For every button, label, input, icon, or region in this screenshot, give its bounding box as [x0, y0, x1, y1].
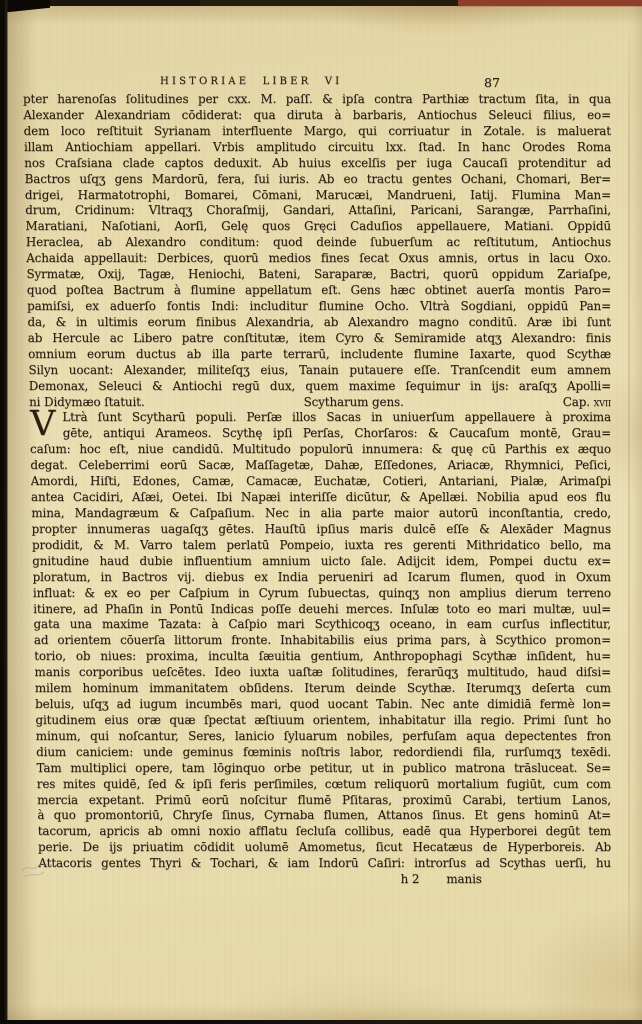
text-line-content: milem hominum immanitatem obſidens. Iter…: [35, 681, 611, 695]
chapter-title: Scytharum gens.: [304, 395, 404, 411]
text-line: tacorum, apricis ab omni noxio afflatu ſ…: [38, 824, 611, 840]
catchword: manis: [446, 872, 481, 886]
text-line: Silyn uocant: Alexander, militeſqʒ eius,…: [28, 363, 611, 379]
text-line-content: propter innumeras uagaſqʒ gētes. Hauſtū …: [32, 522, 611, 536]
text-line-content: quod poſtea Bactrum à flumine appellatum…: [27, 283, 611, 297]
page-number: 87: [484, 75, 500, 90]
text-line: Tam multiplici opere, tam lōginquo orbe …: [36, 761, 611, 777]
text-line-content: manis corporibus ueſcētes. Ideo iuxta ua…: [35, 665, 611, 679]
text-line: gata una maxime Tazata: à Caſpio mari Sc…: [34, 617, 611, 633]
text-line-content: caſum: hoc eſt, niue candidū. Multitudo …: [30, 442, 611, 456]
text-line-content: à quo promontoriū, Chryſe ſinus, Cyrnaba…: [37, 808, 611, 822]
text-line-content: dem loco reſtituit Syrianam interfluente…: [24, 124, 611, 138]
book-edge-red-stain: [458, 0, 642, 7]
text-line: propter innumeras uagaſqʒ gētes. Hauſtū …: [32, 522, 611, 538]
text-line: gēte, antiqui Arameos. Scythę ipſi Perſa…: [30, 426, 611, 442]
text-line-content: gitudinem eius oræ quæ ſpectat æſtiuum o…: [35, 713, 611, 727]
text-line: Demonax, Seleuci & Antiochi regū dux, qu…: [29, 379, 611, 395]
text-line: ploratum, in Bactros vij. diebus ex Indi…: [33, 570, 611, 586]
text-line: nos Craſsiana clade captos deduxit. Ab h…: [24, 156, 611, 172]
text-line-content: tacorum, apricis ab omni noxio afflatu ſ…: [38, 824, 611, 838]
signature-line: h 2manis: [39, 872, 611, 888]
text-line-content: mercia expetant. Primū eorū noſcitur flu…: [37, 793, 611, 807]
text-line: dium caniciem: unde geminus fœminis noſt…: [36, 745, 611, 761]
text-line: antea Cacidiri, Aſæi, Oetei. Ibi Napæi i…: [31, 490, 611, 506]
text-line: Maratiani, Naſotiani, Aorſi, Gelę quos G…: [26, 219, 611, 235]
text-line: 40gitudinem eius oræ quæ ſpectat æſtiuum…: [35, 713, 611, 729]
text-line-content: Tam multiplici opere, tam lōginquo orbe …: [36, 761, 611, 775]
text-line: manis corporibus ueſcētes. Ideo iuxta ua…: [35, 665, 611, 681]
text-line: illam Antiochiam appellari. Vrbis amplit…: [24, 140, 611, 156]
text-line-content: degat. Celeberrimi eorū Sacæ, Maſſagetæ,…: [30, 458, 611, 472]
text-line: drigei, Harmatotrophi, Bomarei, Cōmani, …: [25, 188, 611, 204]
signature-mark: h 2: [401, 872, 420, 886]
text-line-content: torio, ob niues: proxima, inculta ſæuiti…: [34, 649, 611, 663]
text-line-content: omnium eorum ductus ab illa parte terrar…: [28, 347, 611, 361]
text-line-content: Syrmatæ, Oxij, Tagæ, Heniochi, Bateni, S…: [27, 267, 611, 281]
text-line: ab Hercule ac Libero patre conſtitutæ, i…: [28, 331, 611, 347]
text-line: itinere, ad Phaſin in Pontū Indicas poſſ…: [33, 602, 611, 618]
text-line-content: res mites quidē, ſed & ipſi feris perſim…: [37, 777, 611, 791]
book-page-scan: HISTORIAE LIBER VI 87 V pter harenoſas ſ…: [0, 0, 642, 1024]
text-line-content: nos Craſsiana clade captos deduxit. Ab h…: [24, 156, 611, 170]
text-line: Achaida appellauit: Derbices, quorū medi…: [26, 251, 611, 267]
text-line: torio, ob niues: proxima, inculta ſæuiti…: [34, 649, 611, 665]
chapter-heading-line: 20ni Didymæo ſtatuit.Scytharum gens.Cap.…: [29, 395, 611, 411]
heading-left-text: ni Didymæo ſtatuit.: [29, 395, 144, 411]
chapter-roman-numeral: xvii: [594, 395, 611, 409]
text-line: dem loco reſtituit Syrianam interfluente…: [24, 124, 611, 140]
text-line: prodidit, & M. Varro talem perlatū Pompe…: [32, 538, 611, 554]
text-line: pter harenoſas ſolitudines per cxx. M. p…: [23, 92, 611, 108]
text-line-content: Silyn uocant: Alexander, militeſqʒ eius,…: [28, 363, 611, 377]
text-line-content: mina, Mandagræum & Caſpaſium. Nec in ali…: [31, 506, 611, 520]
text-line-content: gata una maxime Tazata: à Caſpio mari Sc…: [34, 617, 611, 631]
book-edge-left: [0, 0, 8, 1024]
text-line: perie. De ijs priuatim cōdidit uolumē Am…: [38, 840, 611, 856]
text-line: Alexander Alexandriam cōdiderat: qua dir…: [23, 108, 611, 124]
text-line-content: pamiſsi, ex aduerſo fontis Indi: includi…: [27, 299, 611, 313]
text-line: 30gnitudine haud dubie influentium amniu…: [32, 554, 611, 570]
text-line: Attacoris gentes Thyri & Tochari, & iam …: [38, 856, 611, 872]
text-line-content: Ltrà ſunt Scytharū populi. Perſæ illos S…: [62, 410, 611, 424]
text-line-content: drum, Cridinum: Vltraqʒ Choraſmij, Ganda…: [25, 203, 611, 217]
text-line-content: drigei, Harmatotrophi, Bomarei, Cōmani, …: [25, 188, 611, 202]
chapter-number: Cap. xvii: [563, 395, 611, 411]
text-line-content: Alexander Alexandriam cōdiderat: qua dir…: [23, 108, 611, 122]
text-line: da, & in ultimis eorum finibus Alexandri…: [27, 315, 611, 331]
text-line-content: Demonax, Seleuci & Antiochi regū dux, qu…: [29, 379, 611, 393]
text-line: ad orientem cōuerſa littorum fronte. Inh…: [34, 633, 611, 649]
text-line-content: Achaida appellauit: Derbices, quorū medi…: [26, 251, 611, 265]
text-line: drum, Cridinum: Vltraqʒ Choraſmij, Ganda…: [25, 203, 611, 219]
text-line: pamiſsi, ex aduerſo fontis Indi: includi…: [27, 299, 611, 315]
text-line-content: Bactros uſqʒ gens Mardorū, fera, ſui iur…: [25, 172, 611, 186]
text-line: caſum: hoc eſt, niue candidū. Multitudo …: [30, 442, 611, 458]
text-line-content: dium caniciem: unde geminus fœminis noſt…: [36, 745, 611, 759]
text-line-content: beluis, uſqʒ ad iugum incumbēs mari, quo…: [35, 697, 611, 711]
text-line: beluis, uſqʒ ad iugum incumbēs mari, quo…: [35, 697, 611, 713]
text-line-content: Heraclea, ab Alexandro conditum: quod de…: [26, 235, 611, 249]
handwritten-annotation: [20, 855, 72, 881]
page-fold-line: [628, 0, 630, 1024]
text-line: Amordi, Hiſti, Edones, Camæ, Camacæ, Euc…: [31, 474, 611, 490]
text-line: Bactros uſqʒ gens Mardorū, fera, ſui iur…: [25, 172, 611, 188]
text-line-content: minum, qui noſcantur, Seres, lanicio ſyl…: [36, 729, 611, 743]
text-line-content: illam Antiochiam appellari. Vrbis amplit…: [24, 140, 611, 154]
text-line-content: da, & in ultimis eorum finibus Alexandri…: [27, 315, 611, 329]
text-line-content: Attacoris gentes Thyri & Tochari, & iam …: [38, 856, 611, 870]
text-line-content: Maratiani, Naſotiani, Aorſi, Gelę quos G…: [26, 219, 611, 233]
text-line-content: perie. De ijs priuatim cōdidit uolumē Am…: [38, 840, 611, 854]
text-line: à quo promontoriū, Chryſe ſinus, Cyrnaba…: [37, 808, 611, 824]
text-line-content: Amordi, Hiſti, Edones, Camæ, Camacæ, Euc…: [31, 474, 611, 488]
text-line-content: pter harenoſas ſolitudines per cxx. M. p…: [23, 92, 611, 106]
text-line-content: gnitudine haud dubie influentium amnium …: [32, 554, 611, 568]
text-line-content: antea Cacidiri, Aſæi, Oetei. Ibi Napæi i…: [31, 490, 611, 504]
text-line-content: gēte, antiqui Arameos. Scythę ipſi Perſa…: [63, 426, 611, 440]
text-line: mercia expetant. Primū eorū noſcitur flu…: [37, 793, 611, 809]
text-line-content: ad orientem cōuerſa littorum fronte. Inh…: [34, 633, 611, 647]
text-line: minum, qui noſcantur, Seres, lanicio ſyl…: [36, 729, 611, 745]
text-line: Ltrà ſunt Scytharū populi. Perſæ illos S…: [29, 410, 611, 426]
text-line: degat. Celeberrimi eorū Sacæ, Maſſagetæ,…: [30, 458, 611, 474]
text-line: 10Heraclea, ab Alexandro conditum: quod …: [26, 235, 611, 251]
text-line: influat: & ex eo per Caſpium in Cyrum ſu…: [33, 586, 611, 602]
text-line: res mites quidē, ſed & ipſi feris perſim…: [37, 777, 611, 793]
text-line: omnium eorum ductus ab illa parte terrar…: [28, 347, 611, 363]
text-line: quod poſtea Bactrum à flumine appellatum…: [27, 283, 611, 299]
text-line-content: ploratum, in Bactros vij. diebus ex Indi…: [33, 570, 611, 584]
text-line-content: prodidit, & M. Varro talem perlatū Pompe…: [32, 538, 611, 552]
book-edge-bottom: [0, 1020, 642, 1024]
running-header: HISTORIAE LIBER VI: [160, 76, 342, 87]
text-block: V pter harenoſas ſolitudines per cxx. M.…: [23, 92, 623, 888]
text-line: mina, Mandagræum & Caſpaſium. Nec in ali…: [31, 506, 611, 522]
text-line-content: influat: & ex eo per Caſpium in Cyrum ſu…: [33, 586, 611, 600]
text-line: Syrmatæ, Oxij, Tagæ, Heniochi, Bateni, S…: [27, 267, 611, 283]
text-line: milem hominum immanitatem obſidens. Iter…: [35, 681, 611, 697]
text-line-content: itinere, ad Phaſin in Pontū Indicas poſſ…: [33, 602, 611, 616]
text-line-content: ab Hercule ac Libero patre conſtitutæ, i…: [28, 331, 611, 345]
